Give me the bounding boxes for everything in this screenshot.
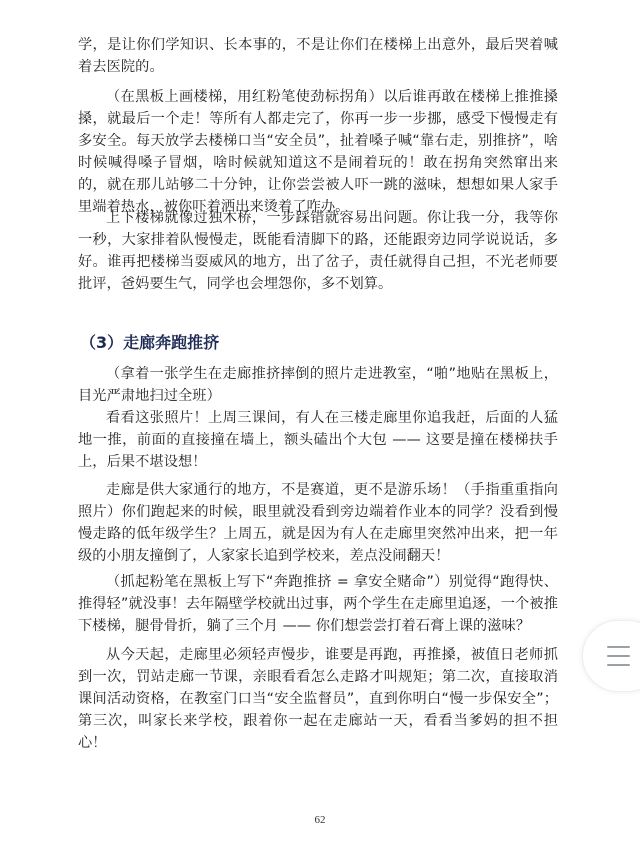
paragraph: 走廊是供大家通行的地方，不是赛道，更不是游乐场！（手指重重指向照片）你们跑起来的… [78, 479, 558, 567]
document-page: 学，是让你们学知识、长本事的，不是让你们在楼梯上出意外，最后哭着喊着去医院的。 … [0, 0, 640, 863]
paragraph: （拿着一张学生在走廊推挤摔倒的照片走进教室，“啪”地贴在黑板上，目光严肃地扫过全… [78, 363, 558, 407]
paragraph: （在黑板上画楼梯，用红粉笔使劲标拐角）以后谁再敢在楼梯上推推搡搡，就最后一个走！… [78, 86, 558, 218]
paragraph: 学，是让你们学知识、长本事的，不是让你们在楼梯上出意外，最后哭着喊着去医院的。 [78, 34, 558, 78]
page-number: 62 [0, 814, 640, 826]
paragraph: （抓起粉笔在黑板上写下“奔跑推挤 = 拿安全赌命”）别觉得“跑得快、推得轻”就没… [78, 571, 558, 637]
paragraph: 从今天起，走廊里必须轻声慢步，谁要是再跑，再推搡，被值日老师抓到一次，罚站走廊一… [78, 644, 558, 754]
section-heading: （3）走廊奔跑推挤 [80, 332, 219, 354]
paragraph: 上下楼梯就像过独木桥，一步踩错就容易出问题。你让我一分，我等你一秒，大家排着队慢… [78, 207, 558, 295]
paragraph: 看看这张照片！上周三课间，有人在三楼走廊里你追我赶，后面的人猛地一推，前面的直接… [78, 407, 558, 473]
